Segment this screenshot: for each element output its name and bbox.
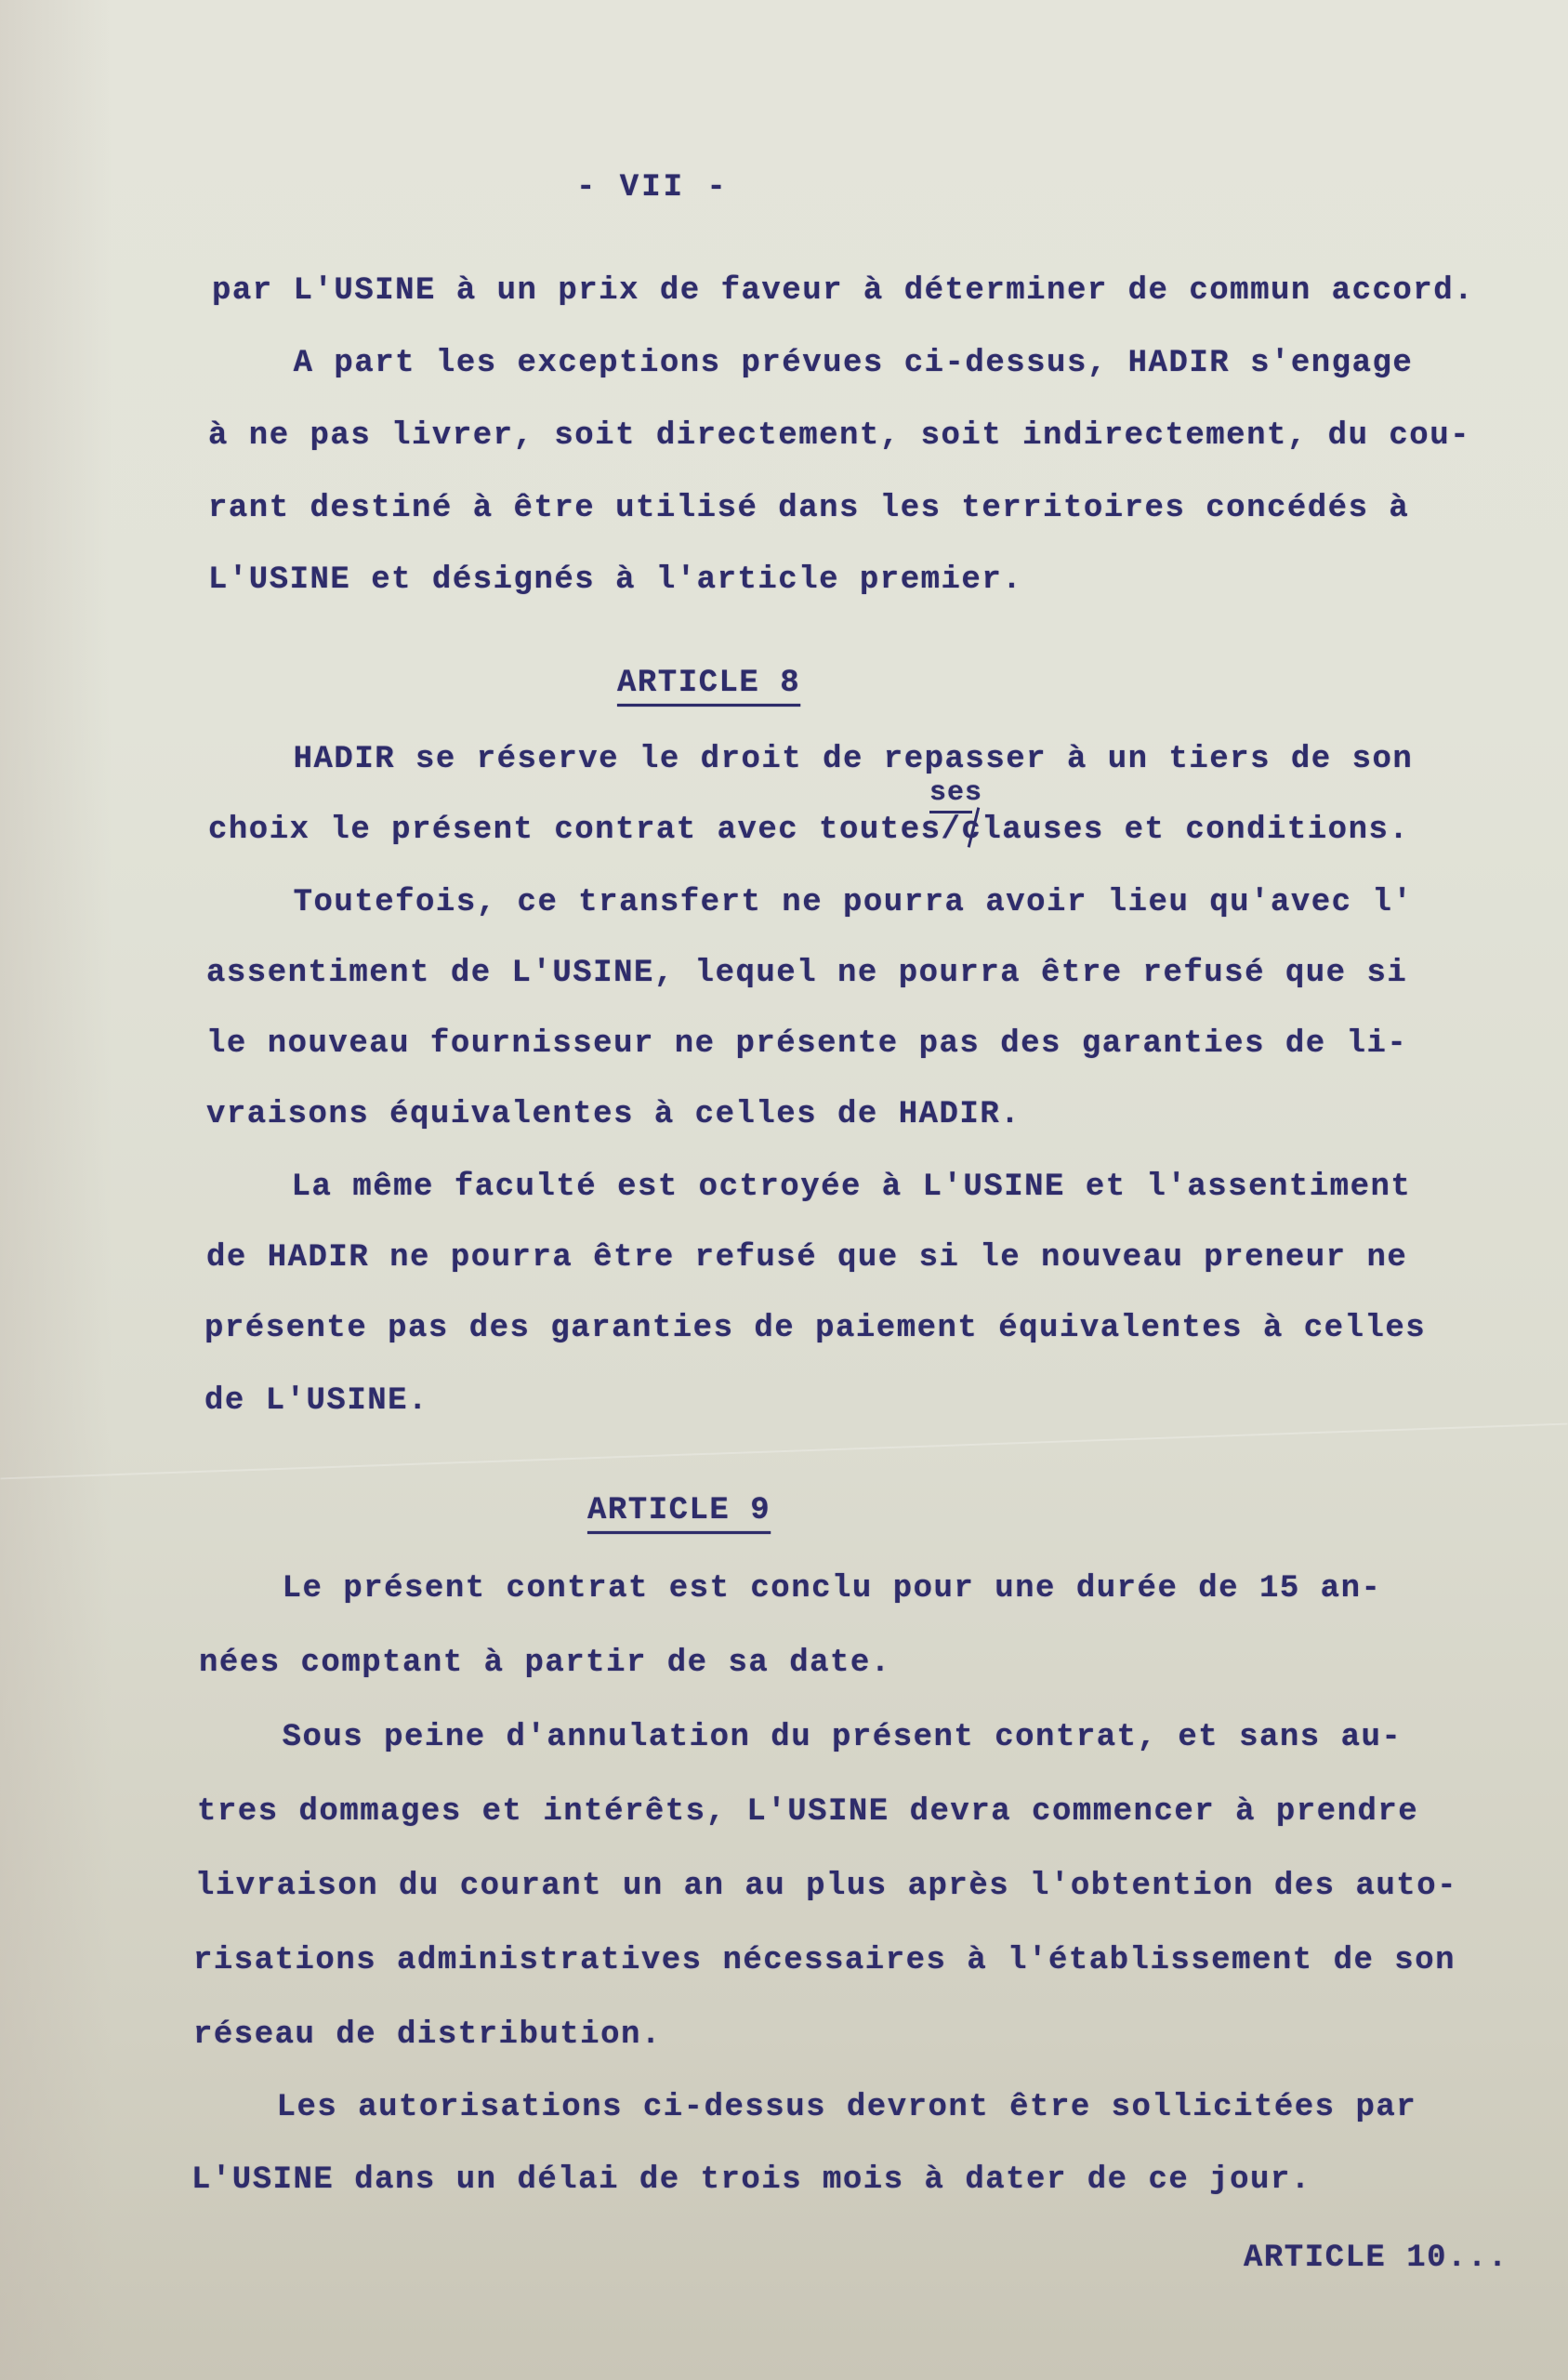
body-line: tres dommages et intérêts, L'USINE devra… — [197, 1796, 1418, 1828]
body-line: par L'USINE à un prix de faveur à déterm… — [212, 275, 1474, 307]
body-line: HADIR se réserve le droit de repasser à … — [212, 744, 1413, 775]
body-line: de HADIR ne pourra être refusé que si le… — [206, 1242, 1407, 1274]
paper-edge-shadow — [0, 0, 112, 2380]
body-line: A part les exceptions prévues ci-dessus,… — [212, 348, 1413, 379]
body-line: présente pas des garanties de paiement é… — [204, 1313, 1426, 1344]
body-line: vraisons équivalentes à celles de HADIR. — [206, 1099, 1021, 1130]
body-line: réseau de distribution. — [193, 2019, 662, 2051]
body-line: Toutefois, ce transfert ne pourra avoir … — [212, 887, 1413, 919]
body-line: Les autorisations ci-dessus devront être… — [195, 2092, 1416, 2123]
continuation-marker: ARTICLE 10... — [1244, 2242, 1509, 2274]
interlinear-correction: ses — [929, 777, 982, 809]
body-line: L'USINE dans un délai de trois mois à da… — [191, 2164, 1311, 2196]
article-8-heading: ARTICLE 8 — [617, 668, 800, 699]
body-line: à ne pas livrer, soit directement, soit … — [208, 420, 1470, 452]
body-line: livraison du courant un an au plus après… — [195, 1871, 1457, 1902]
body-line: Le présent contrat est conclu pour une d… — [201, 1573, 1381, 1605]
body-line: de L'USINE. — [204, 1385, 428, 1417]
body-line: risations administratives nécessaires à … — [193, 1945, 1456, 1977]
paper-crease — [0, 1423, 1567, 1480]
body-line: rant destiné à être utilisé dans les ter… — [208, 493, 1409, 524]
body-line: le nouveau fournisseur ne présente pas d… — [206, 1028, 1407, 1060]
body-line: La même faculté est octroyée à L'USINE e… — [210, 1171, 1411, 1203]
body-line: nées comptant à partir de sa date. — [199, 1647, 891, 1679]
body-line: Sous peine d'annulation du présent contr… — [201, 1722, 1402, 1753]
article-9-heading: ARTICLE 9 — [587, 1495, 771, 1527]
body-line: L'USINE et désignés à l'article premier. — [208, 564, 1022, 596]
body-line: assentiment de L'USINE, lequel ne pourra… — [206, 958, 1407, 989]
page-number: - VII - — [576, 172, 729, 204]
body-line: choix le présent contrat avec toutes/cla… — [208, 814, 1409, 846]
